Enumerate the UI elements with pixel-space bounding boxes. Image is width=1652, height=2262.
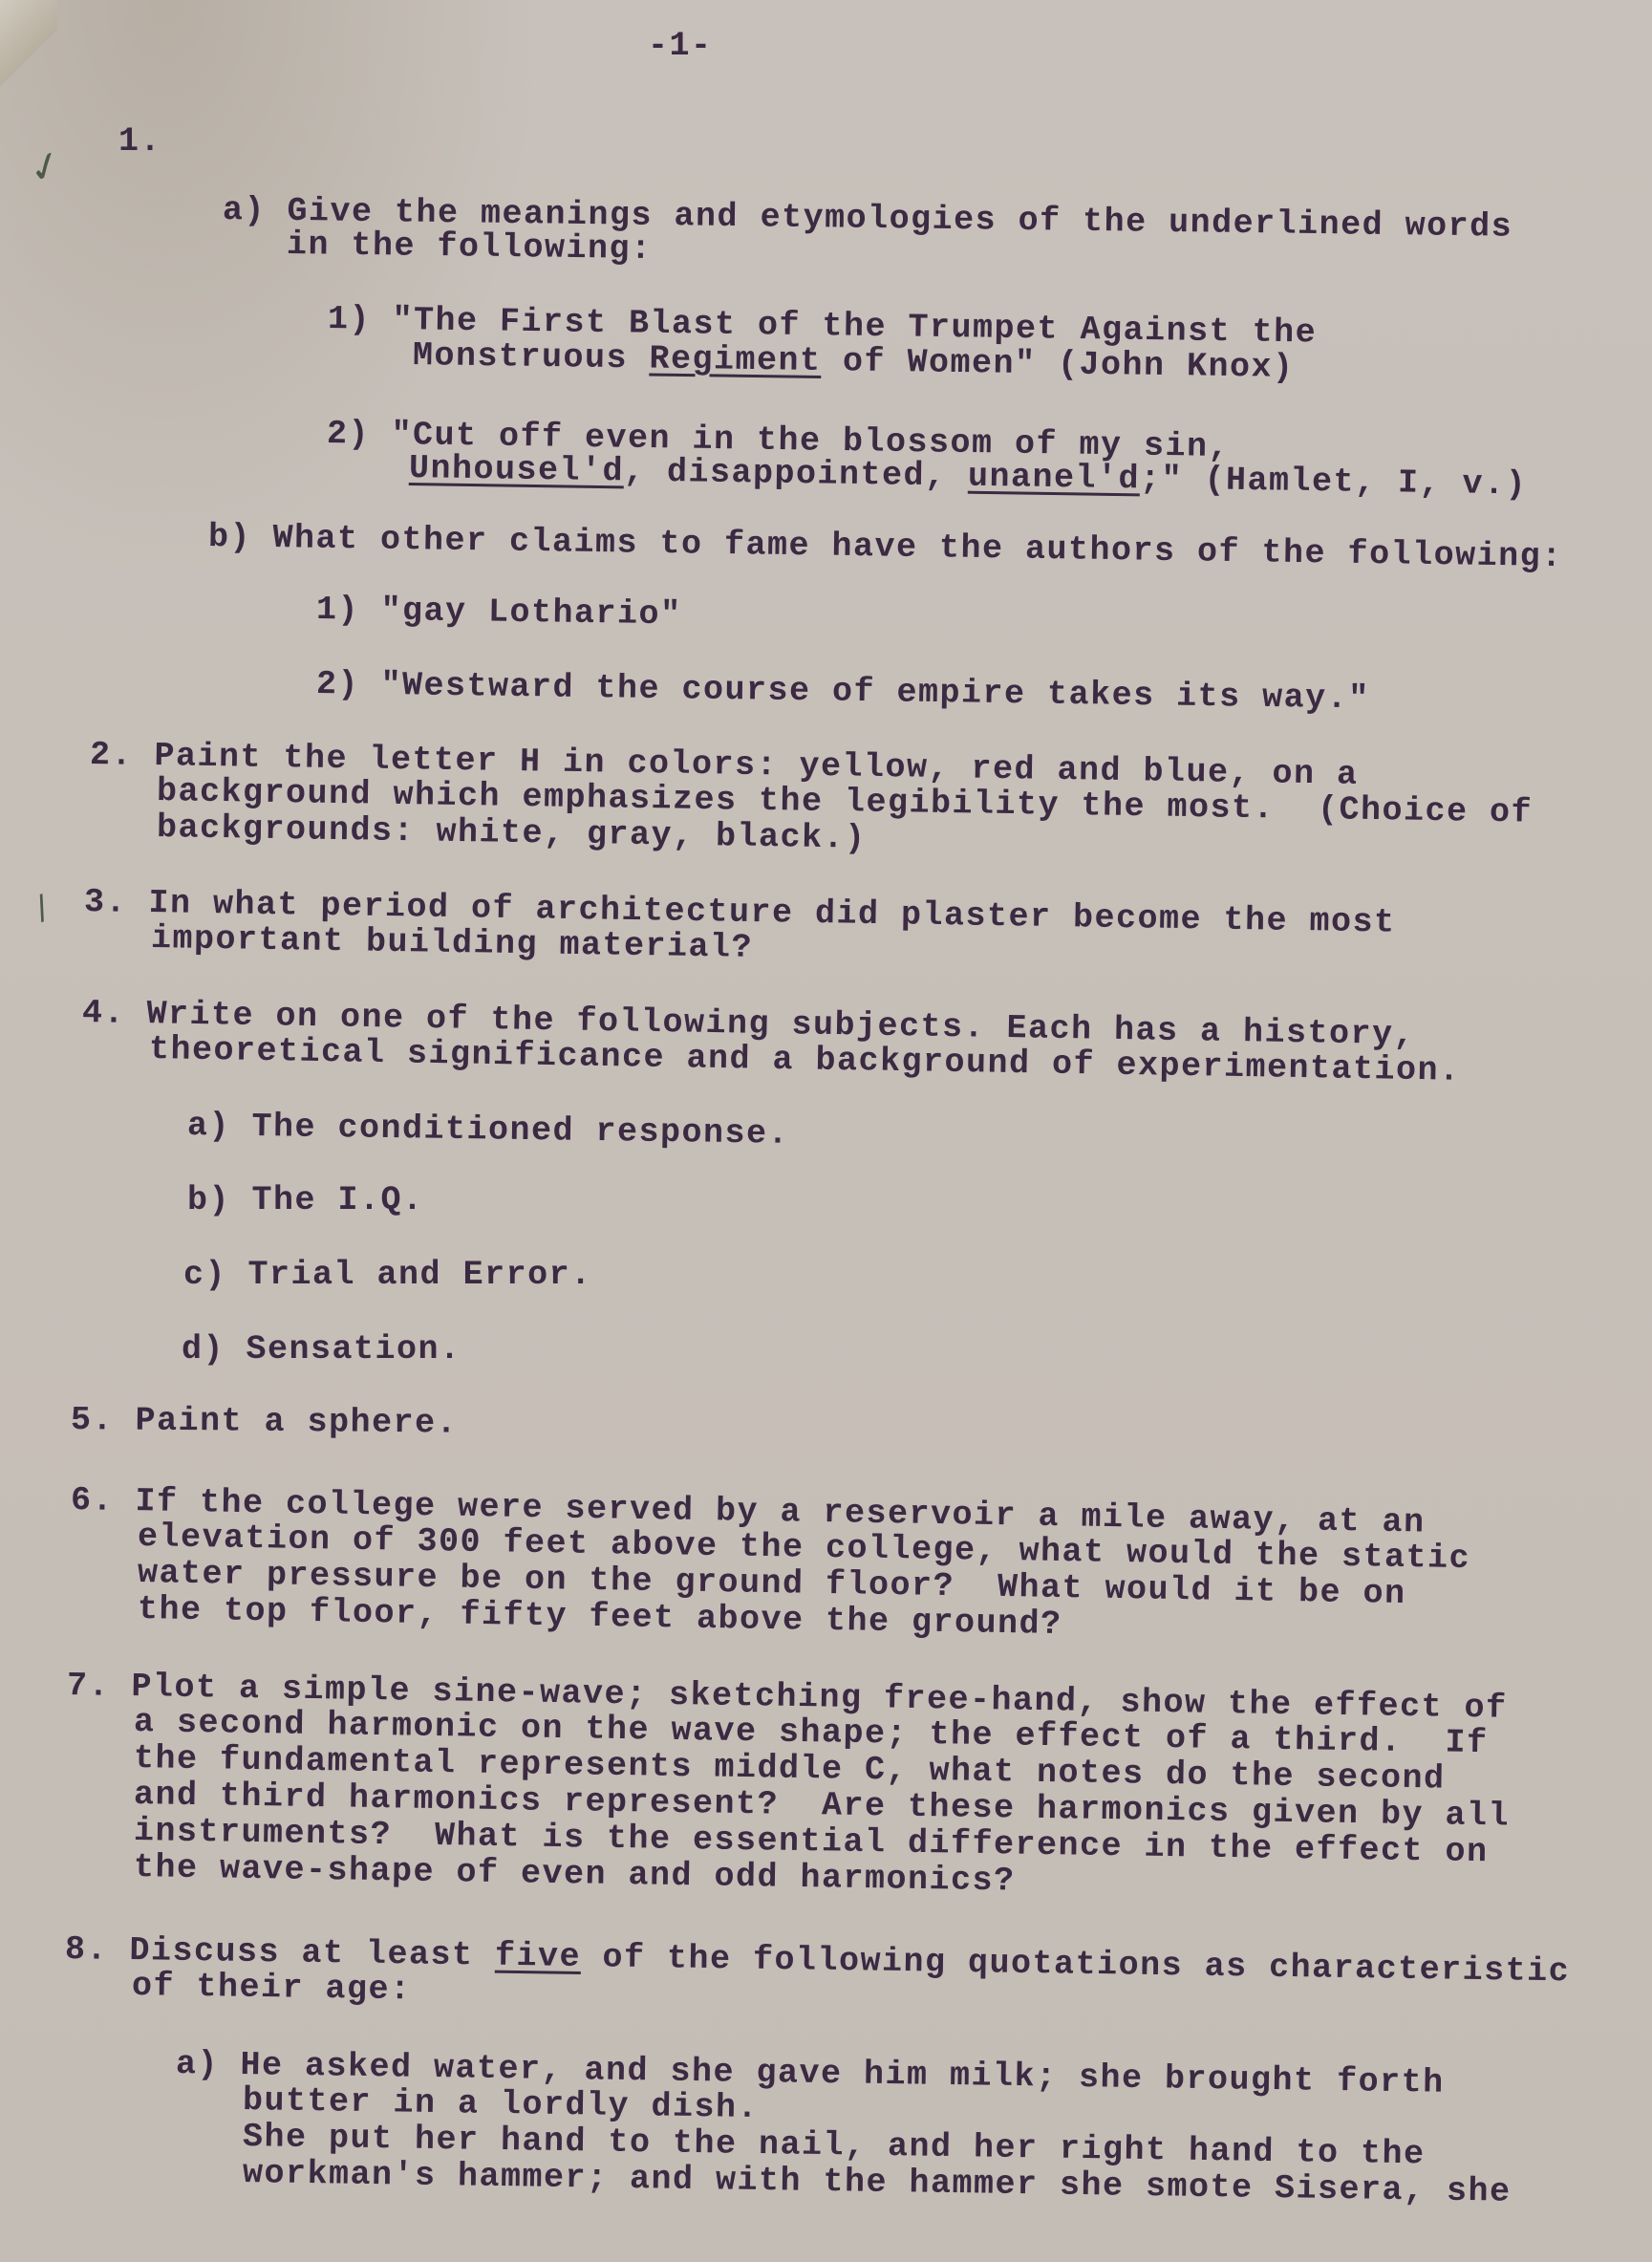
underlined-word-regiment: Regiment — [649, 339, 822, 380]
question-3-number: 3. — [84, 883, 128, 922]
question-5-line-1: 5. Paint a sphere. — [71, 1401, 458, 1443]
question-4-number: 4. — [82, 994, 126, 1033]
underlined-word-unhouseld: Unhousel'd — [409, 449, 625, 490]
q1b-item-2-label: 2) — [316, 665, 360, 704]
underlined-word-unaneld: unanel'd — [968, 458, 1141, 499]
page-number: -1- — [648, 27, 713, 65]
text-segment: Monstruous — [413, 336, 650, 377]
text-segment: ;" (Hamlet, I, v.) — [1140, 460, 1528, 504]
q1b-item-1-text: "gay Lothario" — [380, 592, 682, 634]
q1b-item-1-label: 1) — [316, 591, 360, 630]
question-6-number: 6. — [71, 1481, 115, 1520]
q4-option-b: b) The I.Q. — [187, 1181, 424, 1219]
text-segment: , disappointed, — [624, 452, 969, 495]
q1a-item-2-label: 2) — [327, 415, 371, 454]
folded-corner — [0, 0, 57, 86]
q4-option-d-label: d) — [182, 1330, 225, 1368]
q1b-item-1: 1) "gay Lothario" — [316, 591, 682, 634]
q1a-item-1-label: 1) — [328, 300, 372, 339]
underlined-word-five: five — [495, 1937, 582, 1976]
q4-option-b-label: b) — [187, 1181, 230, 1219]
question-5-number: 5. — [71, 1401, 114, 1439]
q4-option-c-label: c) — [183, 1256, 226, 1294]
q8-quote-a-label: a) — [176, 2045, 220, 2084]
q4-option-d: d) Sensation. — [182, 1330, 461, 1368]
question-2-number: 2. — [90, 736, 134, 775]
question-8-number: 8. — [65, 1930, 109, 1970]
question-7-number: 7. — [67, 1667, 111, 1706]
q4-option-a-label: a) — [187, 1107, 231, 1146]
q4-option-d-text: Sensation. — [247, 1330, 461, 1368]
q5-text: Paint a sphere. — [135, 1402, 458, 1443]
q1b-label: b) — [208, 518, 252, 557]
question-1a-line-2: in the following: — [287, 226, 653, 269]
question-8-line-2: of their age: — [132, 1967, 412, 2009]
text-segment: of Women" (John Knox) — [821, 342, 1295, 387]
q1a-label: a) — [223, 191, 267, 230]
q4-option-c: c) Trial and Error. — [183, 1256, 592, 1294]
q4-option-c-text: Trial and Error. — [248, 1256, 592, 1294]
question-1-number: 1. — [118, 122, 161, 161]
q4-option-b-text: The I.Q. — [252, 1181, 424, 1219]
q4-option-a-text: The conditioned response. — [251, 1108, 789, 1153]
